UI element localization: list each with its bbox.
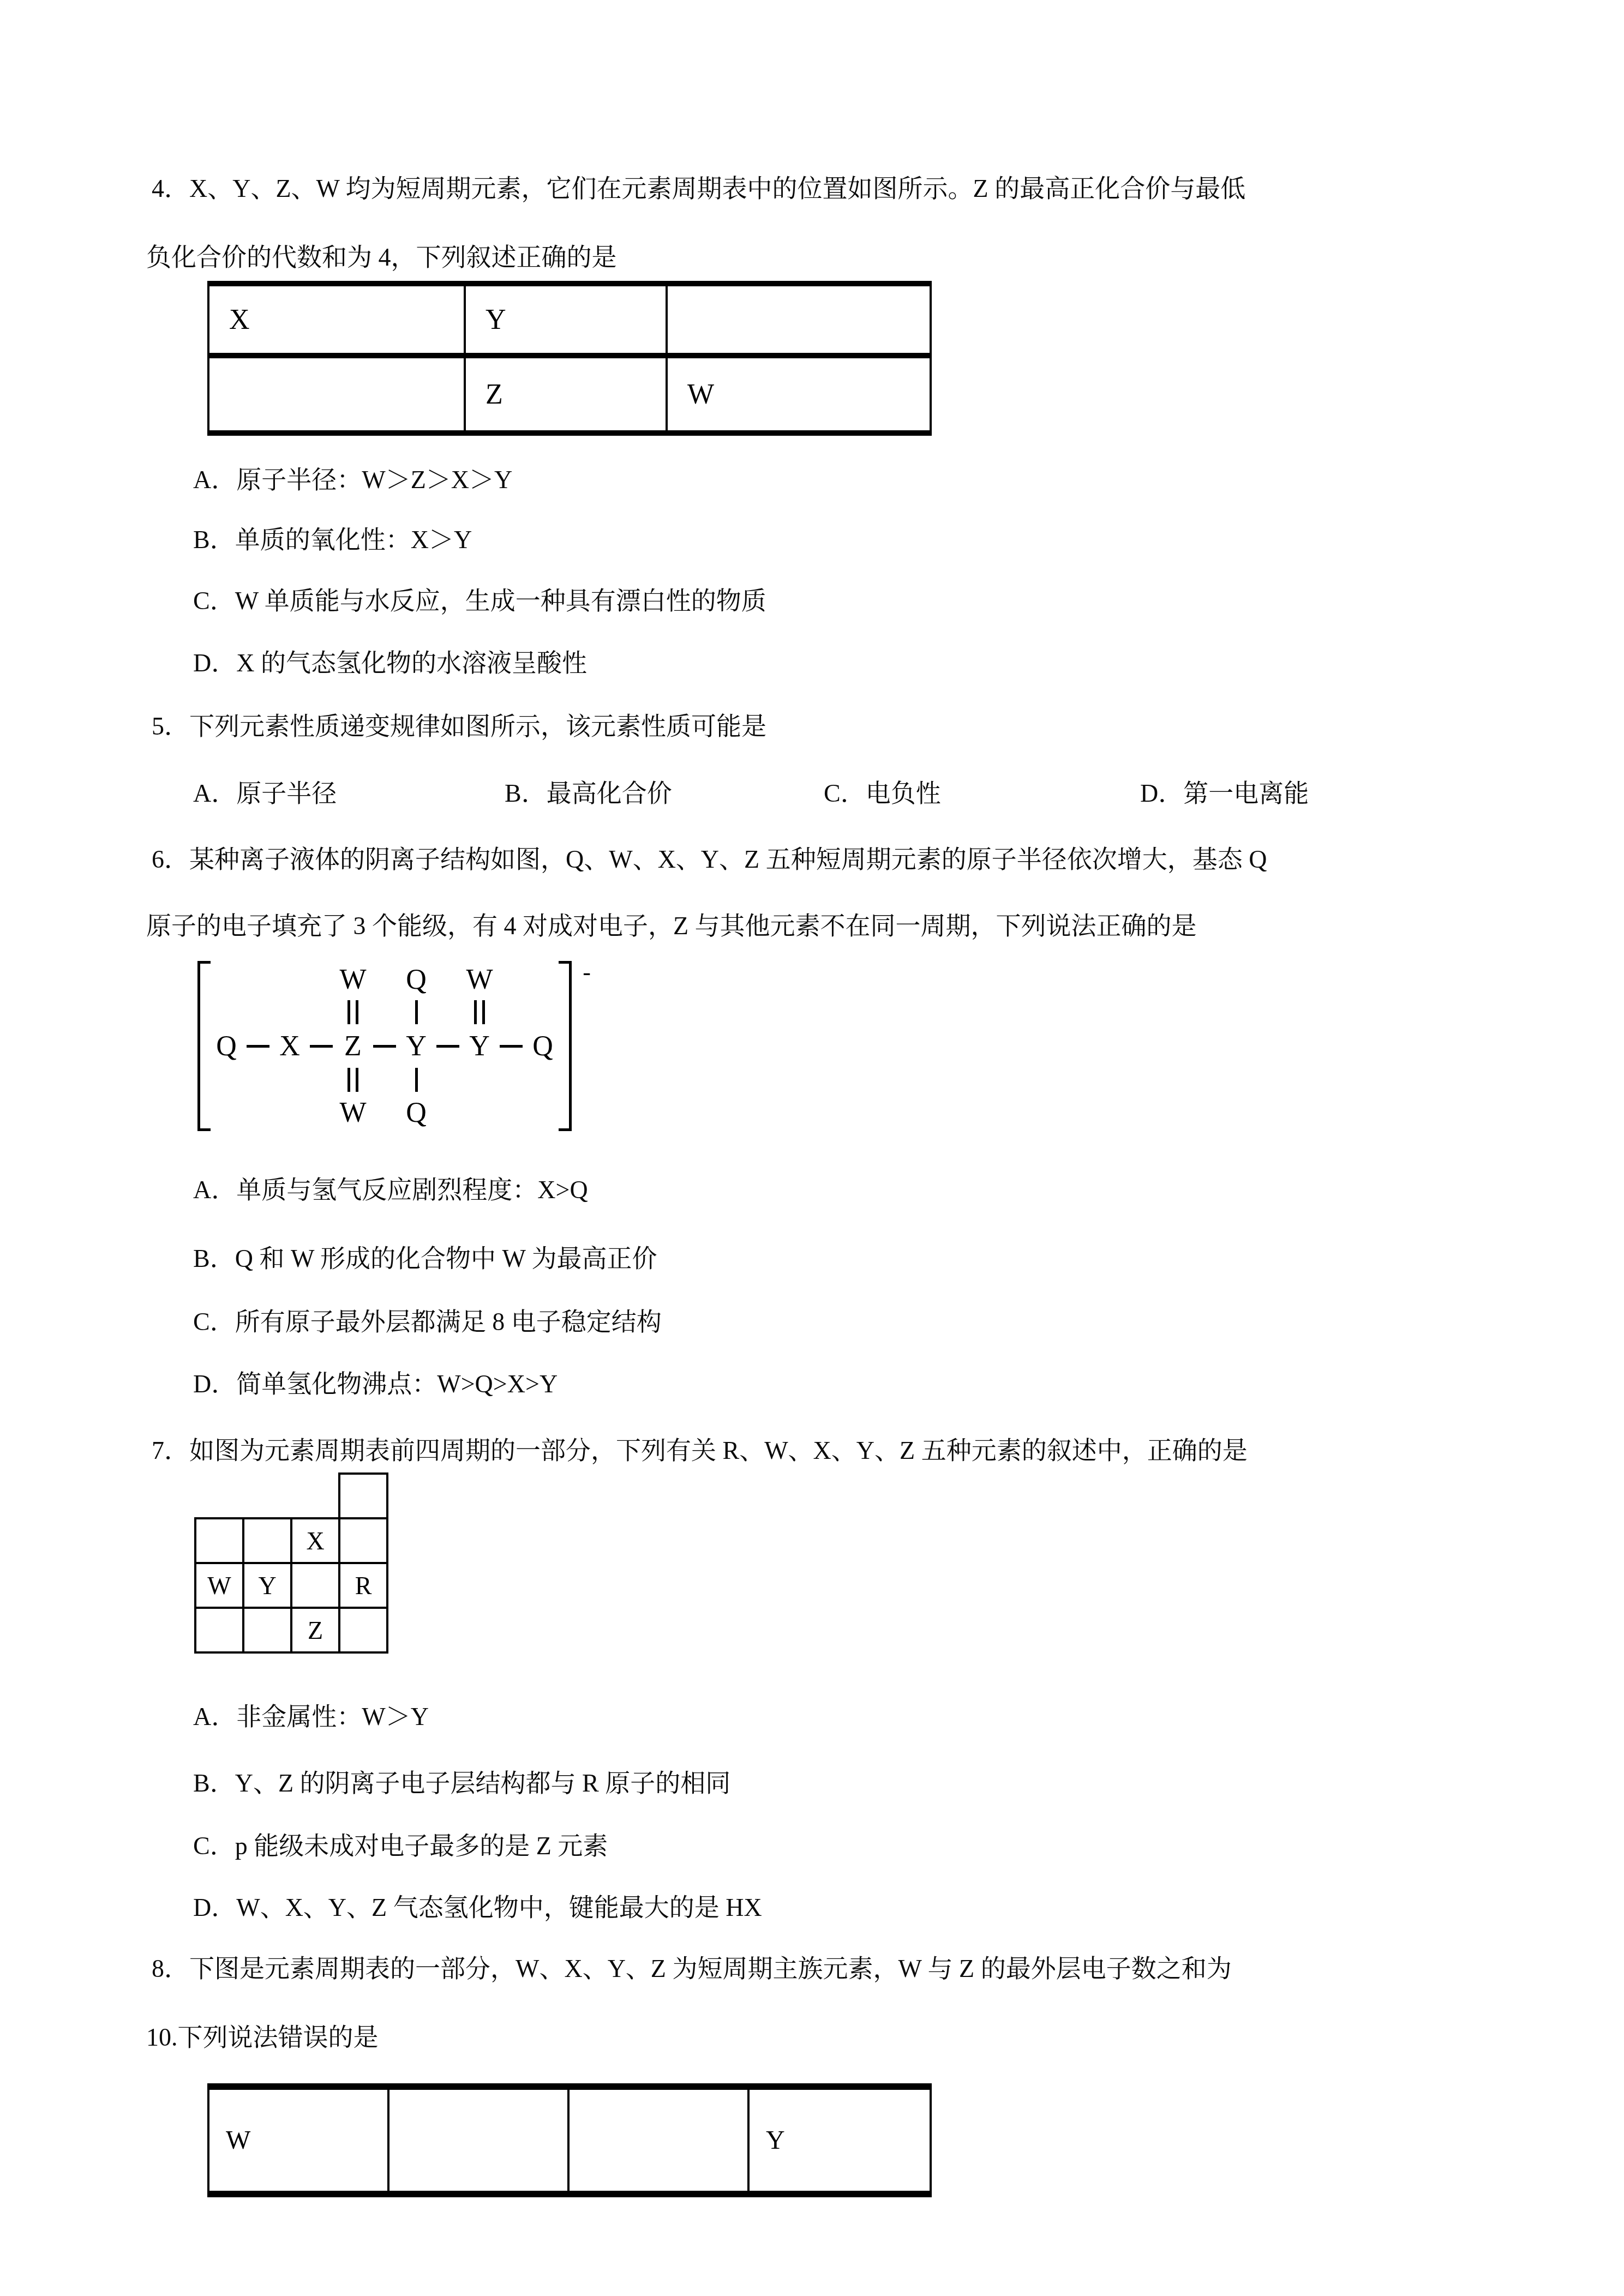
q4-text-line1: 4．X、Y、Z、W 均为短周期元素，它们在元素周期表中的位置如图所示。Z 的最高…: [152, 172, 1245, 205]
q6-option-a: A．单质与氢气反应剧烈程度：X>Q: [193, 1174, 588, 1206]
q7-grid-cell: [338, 1517, 388, 1564]
q6-text-line2: 原子的电子填充了 3 个能级，有 4 对成对电子，Z 与其他元素不在同一周期，下…: [146, 910, 1197, 942]
q7-grid-cell: [290, 1562, 340, 1609]
q7-grid-cell-X: X: [290, 1517, 340, 1564]
q4-table-cell: Z: [466, 358, 668, 430]
q7-option-c: C．p 能级未成对电子最多的是 Z 元素: [193, 1830, 608, 1862]
atom-above-Z: W: [337, 961, 369, 998]
q5-option-c: C．电负性: [824, 777, 941, 810]
structure-grid: W Q W Q X Z Y Y Q: [211, 961, 559, 1131]
q7-grid-cell-W: W: [194, 1562, 244, 1609]
q7-grid-cell: [338, 1472, 388, 1519]
q7-grid-cell: [242, 1517, 292, 1564]
q6-text-line1: 6．某种离子液体的阴离子结构如图，Q、W、X、Y、Z 五种短周期元素的原子半径依…: [152, 843, 1267, 876]
q6-option-d: D．简单氢化物沸点：W>Q>X>Y: [193, 1368, 558, 1401]
single-bond: [310, 1045, 333, 1048]
single-bond: [247, 1045, 269, 1048]
atom-above-Y2: W: [464, 961, 495, 998]
q4-table-cell: X: [209, 286, 466, 358]
q4-table-cell: Y: [466, 286, 668, 358]
q7-grid-cell: [242, 1607, 292, 1654]
q4-text-line2: 负化合价的代数和为 4，下列叙述正确的是: [146, 241, 617, 274]
single-bond: [500, 1045, 523, 1048]
right-bracket: -: [559, 961, 572, 1131]
q7-grid-cell-Y: Y: [242, 1562, 292, 1609]
q6-anion-structure: W Q W Q X Z Y Y Q: [197, 961, 572, 1131]
double-bond: [347, 1000, 358, 1024]
q5-text-line1: 5．下列元素性质递变规律如图所示，该元素性质可能是: [152, 710, 766, 743]
atom-above-Y1: Q: [400, 961, 432, 998]
left-bracket: [197, 961, 211, 1131]
double-bond: [474, 1000, 485, 1024]
q4-element-position-table: X Y Z W: [207, 281, 932, 436]
single-bond: [373, 1045, 396, 1048]
q8-text-line2: 10.下列说法错误的是: [146, 2021, 379, 2054]
q7-option-d: D．W、X、Y、Z 气态氢化物中，键能最大的是 HX: [193, 1891, 762, 1924]
q4-table-cell: W: [668, 358, 930, 430]
q8-text-line1: 8．下图是元素周期表的一部分，W、X、Y、Z 为短周期主族元素，W 与 Z 的最…: [152, 1952, 1232, 1985]
single-bond: [415, 1000, 418, 1024]
single-bond: [436, 1045, 459, 1048]
q4-option-a: A．原子半径：W＞Z＞X＞Y: [193, 464, 512, 496]
atom-below-Y1: Q: [400, 1094, 432, 1131]
q4-option-d: D．X 的气态氢化物的水溶液呈酸性: [193, 647, 587, 680]
q7-grid-cell-R: R: [338, 1562, 388, 1609]
q6-option-b: B．Q 和 W 形成的化合物中 W 为最高正价: [193, 1242, 657, 1275]
chain-atom-X: X: [274, 1026, 305, 1066]
q8-table-cell: [389, 2090, 570, 2191]
q7-option-b: B．Y、Z 的阴离子电子层结构都与 R 原子的相同: [193, 1767, 730, 1800]
q4-table-cell: [668, 286, 930, 358]
q7-option-a: A．非金属性：W＞Y: [193, 1700, 429, 1733]
atom-below-Z: W: [337, 1094, 369, 1131]
q5-option-b: B．最高化合价: [505, 777, 672, 810]
q7-text-line1: 7．如图为元素周期表前四周期的一部分，下列有关 R、W、X、Y、Z 五种元素的叙…: [152, 1434, 1248, 1467]
q7-grid-cell: [338, 1607, 388, 1654]
q6-option-c: C．所有原子最外层都满足 8 电子稳定结构: [193, 1306, 662, 1338]
q4-option-b: B．单质的氧化性：X＞Y: [193, 524, 472, 556]
q4-table-cell: [209, 358, 466, 430]
single-bond: [415, 1068, 418, 1092]
q8-table-cell-Y: Y: [750, 2090, 930, 2191]
q7-grid-cell: [194, 1517, 244, 1564]
q8-table-cell: [570, 2090, 750, 2191]
q8-table-cell-W: W: [209, 2090, 389, 2191]
chain-atom-Y1: Y: [400, 1026, 432, 1066]
exam-page: 4．X、Y、Z、W 均为短周期元素，它们在元素周期表中的位置如图所示。Z 的最高…: [0, 0, 1624, 2296]
q7-grid-cell-Z: Z: [290, 1607, 340, 1654]
chain-atom-Z: Z: [337, 1026, 369, 1066]
q8-element-position-table: W Y: [207, 2083, 932, 2197]
q5-option-d: D．第一电离能: [1140, 777, 1309, 810]
chain-atom-Q1: Q: [211, 1026, 242, 1066]
chain-atom-Y2: Y: [464, 1026, 495, 1066]
double-bond: [347, 1068, 358, 1092]
q4-option-c: C．W 单质能与水反应，生成一种具有漂白性的物质: [193, 585, 766, 617]
negative-charge-sign: -: [583, 958, 591, 986]
q5-option-a: A．原子半径: [193, 777, 337, 810]
q7-grid-cell: [194, 1607, 244, 1654]
chain-atom-Q2: Q: [527, 1026, 559, 1066]
